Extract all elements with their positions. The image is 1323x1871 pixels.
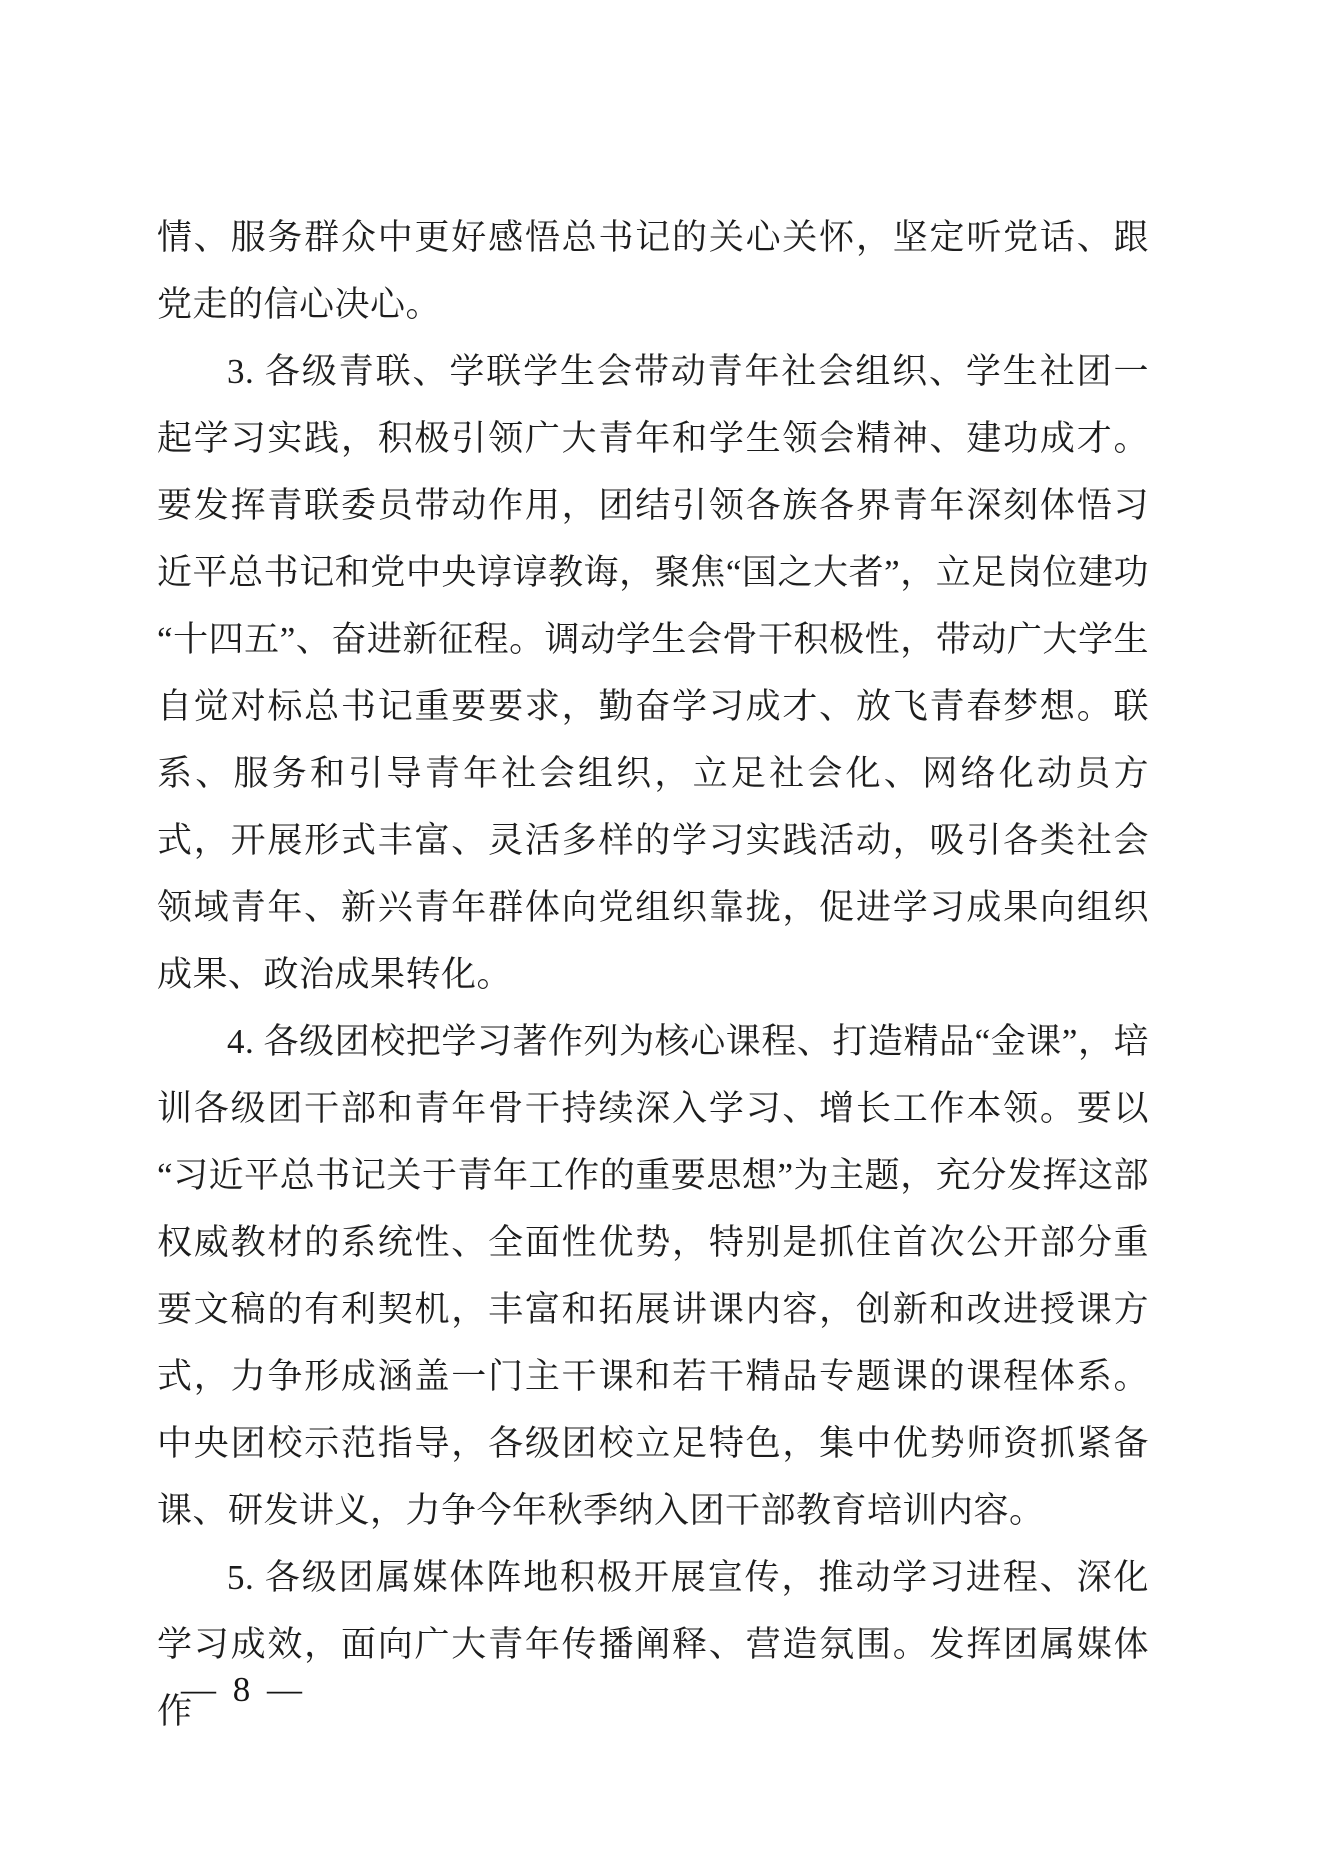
document-page: 情、服务群众中更好感悟总书记的关心关怀，坚定听党话、跟党走的信心决心。 3. 各…	[0, 0, 1323, 1871]
paragraph: 4. 各级团校把学习著作列为核心课程、打造精品“金课”，培训各级团干部和青年骨干…	[157, 1008, 1149, 1544]
paragraph: 情、服务群众中更好感悟总书记的关心关怀，坚定听党话、跟党走的信心决心。	[157, 204, 1149, 338]
page-number: — 8 —	[181, 1668, 306, 1712]
document-body: 情、服务群众中更好感悟总书记的关心关怀，坚定听党话、跟党走的信心决心。 3. 各…	[157, 204, 1149, 1745]
paragraph: 3. 各级青联、学联学生会带动青年社会组织、学生社团一起学习实践，积极引领广大青…	[157, 338, 1149, 1008]
paragraph: 5. 各级团属媒体阵地积极开展宣传，推动学习进程、深化学习成效，面向广大青年传播…	[157, 1544, 1149, 1745]
